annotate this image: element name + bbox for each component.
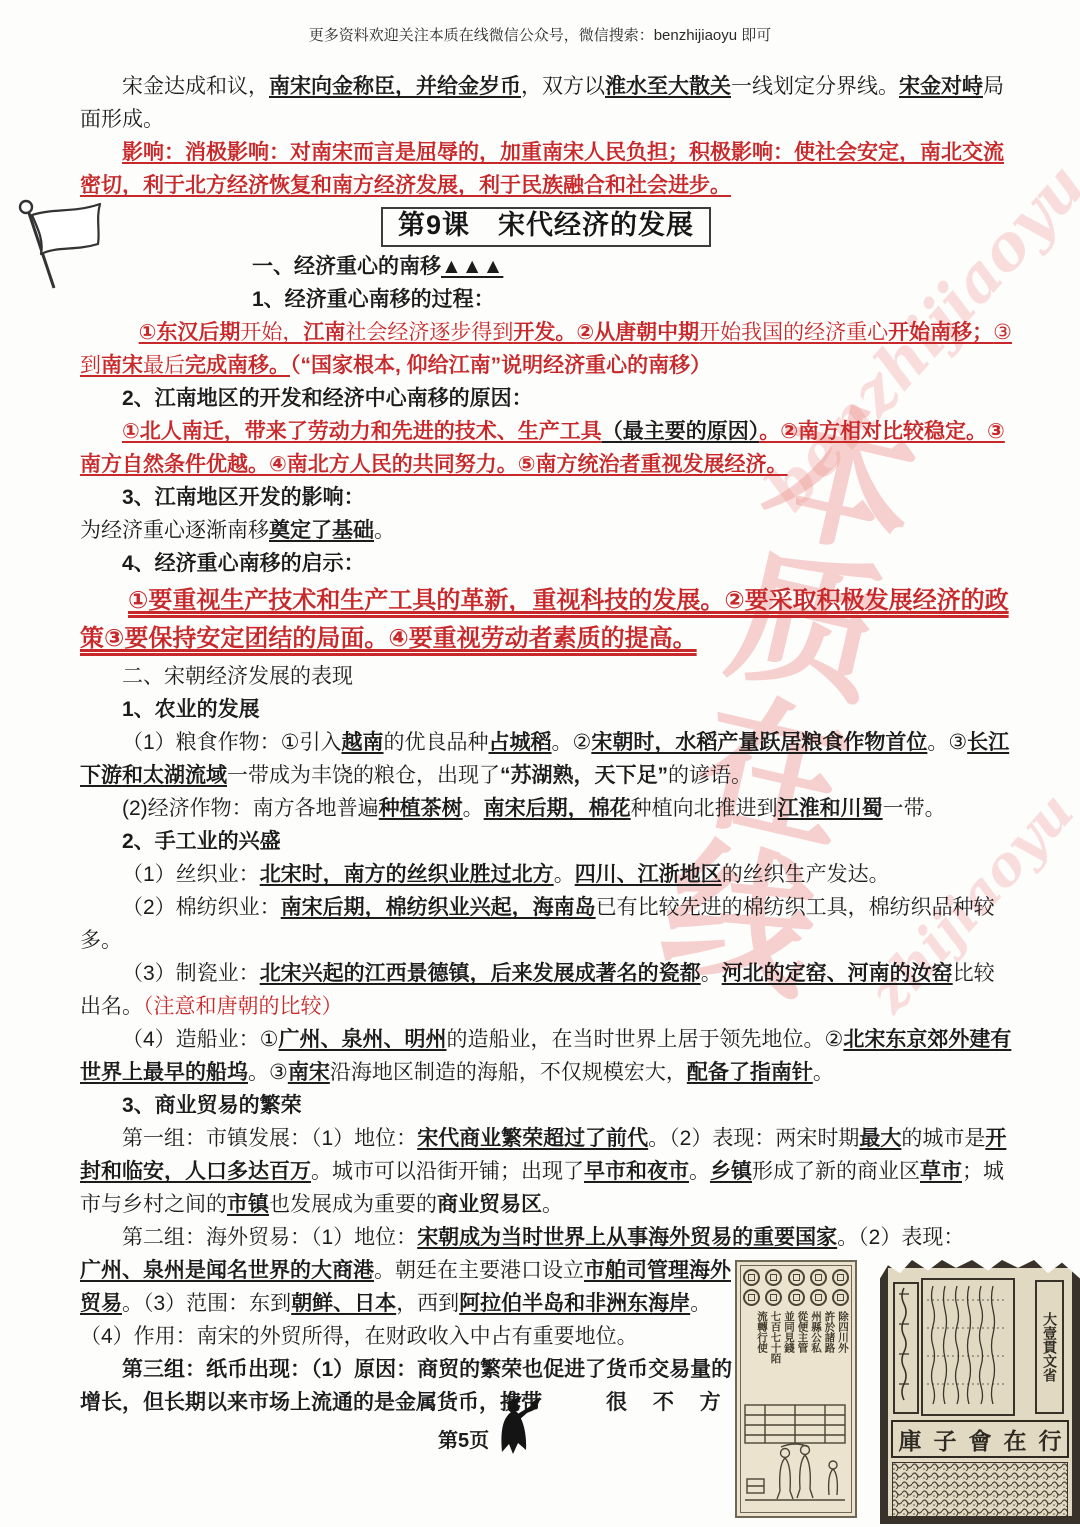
influence-paragraph: 为经济重心逐渐南移奠定了基础。 bbox=[80, 514, 1012, 547]
text-segment: 。 bbox=[374, 519, 395, 542]
text-segment: 。 bbox=[463, 797, 484, 820]
text-segment: 一带成为丰饶的粮仓，出现了 bbox=[227, 764, 500, 787]
text-segment: 一、经济重心的南移 bbox=[252, 255, 441, 278]
jiaozi-text-column: 從便主管 bbox=[795, 1311, 809, 1399]
text-segment: （最主要的原因） bbox=[602, 420, 760, 443]
text-segment: 的城市是 bbox=[901, 1127, 985, 1150]
text-segment: 完成南移。 bbox=[185, 354, 290, 377]
jiaozi-text-column: 除四川外 bbox=[836, 1311, 850, 1399]
coin-motif bbox=[743, 1289, 760, 1306]
text-segment: 一带。 bbox=[883, 797, 946, 820]
text-segment: 南宋 bbox=[101, 354, 143, 377]
text-segment: 市镇 bbox=[227, 1193, 269, 1216]
jiaozi-scene-drawing bbox=[743, 1403, 847, 1503]
text-segment: 。③ bbox=[248, 1061, 288, 1084]
text-segment: （1）粮食作物：①引入 bbox=[122, 731, 342, 754]
text-segment: 宋金对峙 bbox=[899, 75, 983, 98]
huizi-dense-text-texture bbox=[923, 1280, 1009, 1410]
text-segment: 的丝织生产发达。 bbox=[722, 863, 890, 886]
text-segment: 配备了指南针 bbox=[687, 1061, 813, 1084]
text-segment: ①北人南迁，带来了劳动力和先进的技术、生产工具 bbox=[122, 420, 602, 443]
jiaozi-text-column: 州縣公私 bbox=[809, 1311, 823, 1399]
coin-row bbox=[743, 1269, 849, 1286]
text-segment: 广州、泉州、明州 bbox=[279, 1028, 447, 1051]
text-segment: 宋朝时，水稻产量跃居粮食作物首位 bbox=[591, 731, 927, 754]
document-page: 本质在线 benzhijiaoyu zhijiaoyu 更多资料欢迎关注本质在线… bbox=[0, 0, 1080, 1527]
text-segment: (2)经济作物：南方各地普遍 bbox=[122, 797, 379, 820]
text-segment: 种植茶树 bbox=[379, 797, 463, 820]
text-segment: 一线划定分界线。 bbox=[731, 75, 899, 98]
coin-motif bbox=[765, 1289, 782, 1306]
text-segment: 沿海地区制造的海船，不仅规模宏大， bbox=[330, 1061, 687, 1084]
huizi-left-texture bbox=[895, 1284, 913, 1408]
text-segment: 。 bbox=[701, 962, 722, 985]
text-segment: 河北的定窑、河南的汝窑 bbox=[722, 962, 953, 985]
huizi-pattern bbox=[892, 1462, 1068, 1518]
section1-heading: 一、经济重心的南移▲▲▲ bbox=[252, 250, 1012, 283]
subheading-process: 1、经济重心南移的过程： bbox=[252, 283, 1012, 316]
text-segment: （“国家根本, 仰给江南”说明经济重心的南移） bbox=[290, 354, 711, 377]
huizi-text-block bbox=[921, 1278, 1015, 1416]
jiaozi-text-column: 流轉行使 bbox=[755, 1311, 769, 1399]
huizi-woodcut-image: 大壹貫文省 庫子會在行 bbox=[880, 1260, 1080, 1524]
commerce-heading: 3、商业贸易的繁荣 bbox=[80, 1089, 1012, 1122]
text-segment: 江淮和川蜀 bbox=[778, 797, 883, 820]
lesson-title-row: 第9课 宋代经济的发展 bbox=[80, 207, 1012, 247]
huizi-band-text: 庫子會在行 bbox=[887, 1423, 1074, 1456]
agriculture-heading: 1、农业的发展 bbox=[80, 693, 1012, 726]
text-segment: 阿拉伯半岛和非洲东海岸 bbox=[459, 1292, 690, 1315]
text-segment: （3）制瓷业： bbox=[122, 962, 260, 985]
text-segment: 。（3）范围：东到 bbox=[122, 1292, 291, 1315]
text-segment: 。（2）表现：两宋时期 bbox=[648, 1127, 859, 1150]
text-segment: 第二组：海外贸易：（1）地位： bbox=[122, 1226, 417, 1249]
text-segment: 。 bbox=[554, 863, 575, 886]
text-segment: 。② bbox=[552, 731, 592, 754]
text-segment: 南宋后期，棉花 bbox=[484, 797, 631, 820]
text-segment: 最后 bbox=[143, 354, 185, 377]
text-segment: （4）造船业：① bbox=[122, 1028, 279, 1051]
text-segment: 早市和夜市 bbox=[584, 1160, 689, 1183]
subheading-influence: 3、江南地区开发的影响： bbox=[80, 481, 1012, 514]
page-content: 宋金达成和议，南宋向金称臣，并给金岁币，双方以淮水至大散关一线划定分界线。宋金对… bbox=[80, 70, 1012, 1454]
coin-motif bbox=[743, 1269, 760, 1286]
text-segment: 为经济重心逐渐南移 bbox=[80, 519, 269, 542]
overseas-trade-wrap-paragraph: 广州、泉州是闻名世界的大商港。朝廷在主要港口设立市舶司管理海外贸易。（3）范围：… bbox=[80, 1254, 734, 1353]
text-segment: 社会经济逐步得到 bbox=[345, 321, 513, 344]
text-segment: 北宋时，南方的丝织业胜过北方 bbox=[260, 863, 554, 886]
text-segment: 草市 bbox=[920, 1160, 962, 1183]
text-segment: （2）棉纺织业： bbox=[122, 896, 281, 919]
process-paragraph: ①东汉后期开始，江南社会经济逐步得到开发。②从唐朝中期开始我国的经济重心开始南移… bbox=[80, 316, 1012, 382]
text-segment: 四川、江浙地区 bbox=[575, 863, 722, 886]
text-segment: “苏湖熟，天下足” bbox=[500, 764, 668, 787]
text-segment: ②从唐朝中期 bbox=[576, 321, 699, 344]
subheading-enlightenment: 4、经济重心南移的启示： bbox=[80, 547, 1012, 580]
text-segment: 最大 bbox=[859, 1127, 901, 1150]
text-segment: 宋金达成和议， bbox=[122, 75, 269, 98]
jiaozi-inscription: 除四川外 許於諸路 州縣公私 從便主管 並同見錢 七百七十陌 流轉行使 bbox=[743, 1311, 849, 1399]
coin-row bbox=[743, 1289, 849, 1306]
text-segment: ，双方以 bbox=[521, 75, 605, 98]
jiaozi-text-column: 許於諸路 bbox=[822, 1311, 836, 1399]
text-segment: 。③ bbox=[927, 731, 967, 754]
huizi-band: 庫子會在行 bbox=[891, 1420, 1069, 1458]
text-segment: 的优良品种 bbox=[384, 731, 489, 754]
text-segment: 的谚语。 bbox=[668, 764, 752, 787]
coin-motif bbox=[810, 1289, 827, 1306]
text-segment: ①东汉后期 bbox=[139, 321, 241, 344]
porcelain-paragraph: （3）制瓷业：北宋兴起的江西景德镇，后来发展成著名的瓷都。河北的定窑、河南的汝窑… bbox=[80, 957, 1012, 1023]
paper-money-paragraph: 第三组：纸币出现：（1）原因：商贸的繁荣也促进了货币交易量的增长，但长期以来市场… bbox=[80, 1353, 734, 1419]
lesson-title: 第9课 宋代经济的发展 bbox=[381, 207, 711, 247]
cash-crop-paragraph: (2)经济作物：南方各地普遍种植茶树。南宋后期，棉花种植向北推进到江淮和川蜀一带… bbox=[80, 792, 1012, 825]
text-segment: 的造船业，在当时世界上居于领先地位。② bbox=[447, 1028, 844, 1051]
text-segment: 。 bbox=[813, 1061, 834, 1084]
silk-paragraph: （1）丝织业：北宋时，南方的丝织业胜过北方。四川、江浙地区的丝织生产发达。 bbox=[80, 858, 1012, 891]
text-segment: 宋代商业繁荣超过了前代 bbox=[417, 1127, 648, 1150]
text-segment: 淮水至大散关 bbox=[605, 75, 731, 98]
intro-paragraph: 宋金达成和议，南宋向金称臣，并给金岁币，双方以淮水至大散关一线划定分界线。宋金对… bbox=[80, 70, 1012, 136]
text-segment: 南宋 bbox=[288, 1061, 330, 1084]
huizi-bottom-texture bbox=[892, 1462, 1068, 1512]
market-town-paragraph: 第一组：市镇发展：（1）地位：宋代商业繁荣超过了前代。（2）表现：两宋时期最大的… bbox=[80, 1122, 1012, 1221]
text-segment: 很 不 方 bbox=[606, 1391, 731, 1414]
impact-paragraph: 影响：消极影响：对南宋而言是屈辱的，加重南宋人民负担；积极影响：使社会安定，南北… bbox=[80, 136, 1012, 202]
huizi-left-column bbox=[893, 1282, 919, 1414]
paper-money-figures: 除四川外 許於諸路 州縣公私 從便主管 並同見錢 七百七十陌 流轉行使 bbox=[735, 1260, 1080, 1524]
text-segment: 越南 bbox=[342, 731, 384, 754]
coin-motif bbox=[832, 1289, 849, 1306]
importance-triangles: ▲▲▲ bbox=[441, 255, 503, 278]
text-segment: 。城市可以沿街开铺；出现了 bbox=[311, 1160, 584, 1183]
jiaozi-woodcut-image: 除四川外 許於諸路 州縣公私 從便主管 並同見錢 七百七十陌 流轉行使 bbox=[735, 1260, 857, 1518]
text-segment: 影响：消极影响：对南宋而言是屈辱的，加重南宋人民负担；积极影响：使社会安定，南北… bbox=[80, 141, 1004, 197]
text-segment: 种植向北推进到 bbox=[631, 797, 778, 820]
grain-paragraph: （1）粮食作物：①引入越南的优良品种占城稻。②宋朝时，水稻产量跃居粮食作物首位。… bbox=[80, 726, 1012, 792]
text-segment: 商业贸易区 bbox=[437, 1193, 542, 1216]
text-segment: （1）丝织业： bbox=[122, 863, 260, 886]
text-segment: 朝鲜、日本 bbox=[291, 1292, 396, 1315]
text-segment: 形成了新的商业区 bbox=[752, 1160, 920, 1183]
page-number: 第5页 bbox=[438, 1428, 489, 1454]
section2-heading: 二、宋朝经济发展的表现 bbox=[80, 660, 1012, 693]
shipbuilding-paragraph: （4）造船业：①广州、泉州、明州的造船业，在当时世界上居于领先地位。②北宋东京郊… bbox=[80, 1023, 1012, 1089]
text-segment: 奠定了基础 bbox=[269, 519, 374, 542]
text-segment: 南宋向金称臣，并给金岁币 bbox=[269, 75, 521, 98]
text-segment: 占城稻 bbox=[489, 731, 552, 754]
overseas-trade-lead-paragraph: 第二组：海外贸易：（1）地位：宋朝成为当时世界上从事海外贸易的重要国家。（2）表… bbox=[80, 1221, 1012, 1254]
subheading-reasons: 2、江南地区的开发和经济中心南移的原因： bbox=[80, 382, 1012, 415]
jiaozi-text-column: 並同見錢 bbox=[782, 1311, 796, 1399]
text-segment: 乡镇 bbox=[710, 1160, 752, 1183]
text-segment: 。（2）表现： bbox=[837, 1226, 964, 1249]
text-segment: 南宋后期，棉纺织业兴起，海南岛 bbox=[281, 896, 596, 919]
coin-motif bbox=[832, 1269, 849, 1286]
scholar-silhouette-icon bbox=[491, 1393, 541, 1460]
text-segment: 广州、泉州是闻名世界的大商港 bbox=[80, 1259, 374, 1282]
text-segment: 北宋兴起的江西景德镇，后来发展成著名的瓷都 bbox=[260, 962, 701, 985]
text-segment: 江南 bbox=[303, 321, 345, 344]
coin-motif bbox=[788, 1289, 805, 1306]
text-segment: 宋朝成为当时世界上从事海外贸易的重要国家 bbox=[417, 1226, 837, 1249]
enlightenment-paragraph: ①要重视生产技术和生产工具的革新，重视科技的发展。②要采取积极发展经济的政策③要… bbox=[80, 582, 1012, 658]
text-segment: 也发展成为重要的 bbox=[269, 1193, 437, 1216]
huizi-denomination-text: 大壹貫文省 bbox=[1035, 1280, 1064, 1414]
text-segment: 开始我国的经济重心 bbox=[699, 321, 888, 344]
text-segment: 。 bbox=[689, 1160, 710, 1183]
text-segment: 第一组：市镇发展：（1）地位： bbox=[122, 1127, 417, 1150]
coin-motif bbox=[788, 1269, 805, 1286]
text-segment: 开发。 bbox=[513, 321, 576, 344]
coin-motif bbox=[810, 1269, 827, 1286]
text-segment: 。朝廷在主要港口设立 bbox=[374, 1259, 584, 1282]
reasons-paragraph: ①北人南迁，带来了劳动力和先进的技术、生产工具（最主要的原因）。②南方相对比较稳… bbox=[80, 415, 1012, 481]
cotton-paragraph: （2）棉纺织业：南宋后期，棉纺织业兴起，海南岛已有比较先进的棉纺织工具，棉纺织品… bbox=[80, 891, 1012, 957]
handicraft-heading: 2、手工业的兴盛 bbox=[80, 825, 1012, 858]
text-segment: ①要重视生产技术和生产工具的革新，重视科技的发展。②要采取积极发展经济的政策③要… bbox=[80, 587, 1009, 652]
header-notice: 更多资料欢迎关注本质在线微信公众号，微信搜索：benzhijiaoyu 即可 bbox=[0, 24, 1080, 45]
coin-motif bbox=[765, 1269, 782, 1286]
text-segment: 。 bbox=[542, 1193, 563, 1216]
text-segment: 开始， bbox=[240, 321, 303, 344]
text-segment: ，西到 bbox=[396, 1292, 459, 1315]
note-compare-tang: （注意和唐朝的比较） bbox=[143, 995, 343, 1018]
text-segment: 开始南移； bbox=[888, 321, 993, 344]
jiaozi-text-column: 七百七十陌 bbox=[768, 1311, 782, 1399]
